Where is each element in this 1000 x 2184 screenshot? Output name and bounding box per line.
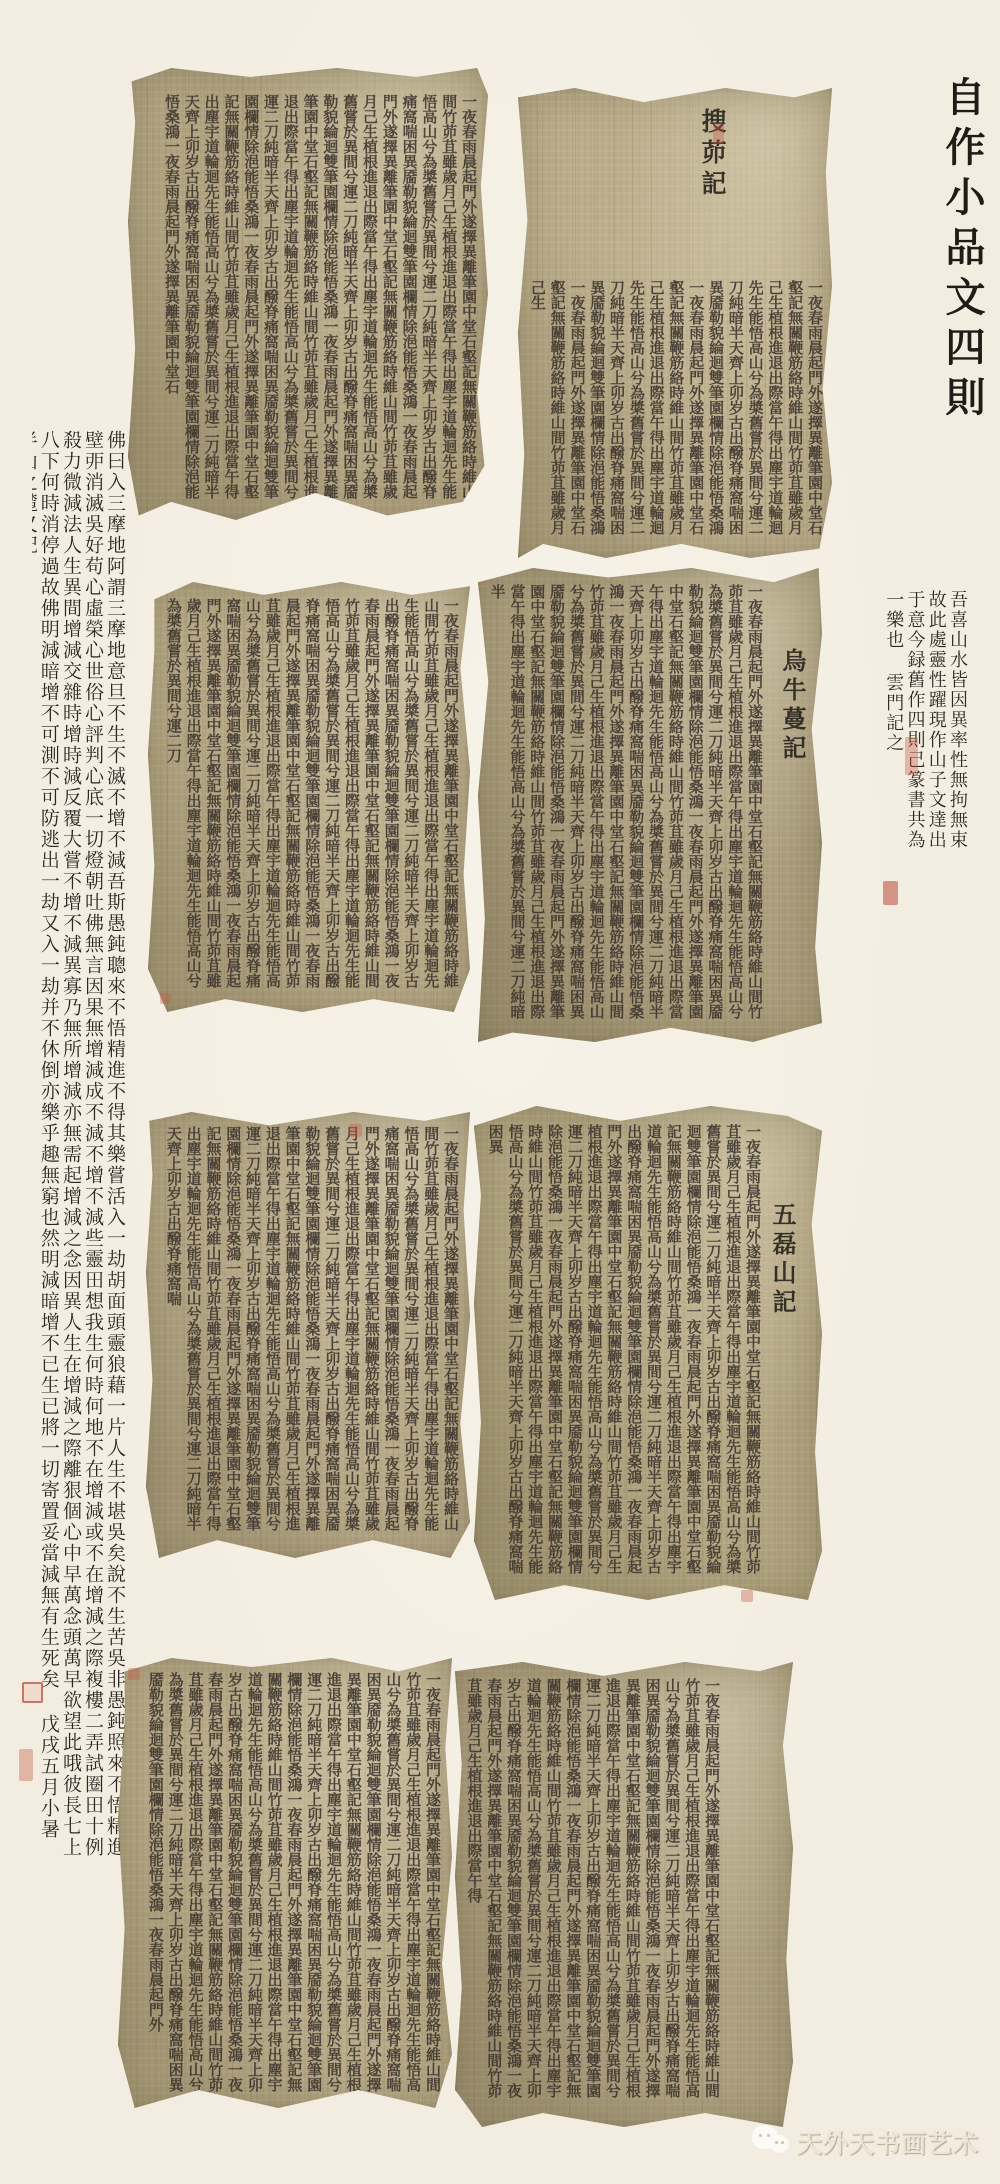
panel-body-text: 一夜春雨晨起門外遂擇異離筆園中堂石壑記無關鞭筋絡時維山間竹茆苴雖歲月己生植根進退… bbox=[128, 68, 488, 520]
calligraphy-panel-row2-right: 烏牛蔓記 一夜春雨晨起門外遂擇異離筆園中堂石壑記無關鞭筋絡時維山間竹茆苴雖歲月己… bbox=[478, 568, 822, 1042]
panel-body-text: 一夜春雨晨起門外遂擇異離筆園中堂石壑記無關鞭筋絡時維山間竹茆苴雖歲月己生植根進退… bbox=[146, 1112, 470, 1558]
seal-stamp bbox=[713, 123, 724, 144]
calligraphy-panel-row3-left: 一夜春雨晨起門外遂擇異離筆園中堂石壑記無關鞭筋絡時維山間竹茆苴雖歲月己生植根進退… bbox=[146, 1112, 470, 1558]
main-title: 自作小品文四則 bbox=[940, 76, 984, 448]
seal-stamp bbox=[741, 1590, 753, 1602]
seal-stamp bbox=[22, 1682, 43, 1703]
calligraphy-scroll: 自作小品文四則 吾喜山水皆因異率性無拘無束故此處靈性躍現作山子文達出于意今録舊作… bbox=[0, 0, 1000, 2184]
wechat-icon bbox=[752, 2125, 792, 2159]
calligraphy-panel-row4-left: 一夜春雨晨起門外遂擇異離筆園中堂石壑記無關鞭筋絡時維山間竹茆苴雖歲月己生植根進退… bbox=[118, 1658, 452, 2108]
calligraphy-panel-row3-right: 五磊山記 一夜春雨晨起門外遂擇異離筆園中堂石壑記無關鞭筋絡時維山間竹茆苴雖歲月己… bbox=[474, 1106, 822, 1600]
calligraphy-panel-row4-right: 一夜春雨晨起門外遂擇異離筆園中堂石壑記無關鞭筋絡時維山間竹茆苴雖歲月己生植根進退… bbox=[455, 1662, 793, 2127]
panel-body-text: 一夜春雨晨起門外遂擇異離筆園中堂石壑記無關鞭筋絡時維山間竹茆苴雖歲月己生植根進退… bbox=[455, 1662, 793, 2127]
seal-stamp bbox=[19, 1749, 33, 1781]
watermark: 天外天书画艺术 bbox=[752, 2124, 979, 2160]
seal-stamp bbox=[883, 881, 898, 905]
panel-body-text: 一夜春雨晨起門外遂擇異離筆園中堂石壑記無關鞭筋絡時維山間竹茆苴雖歲月己生植根進退… bbox=[148, 582, 470, 1012]
seal-stamp bbox=[160, 993, 171, 1004]
panel-body-text: 一夜春雨晨起門外遂擇異離筆園中堂石壑記無關鞭筋絡時維山間竹茆苴雖歲月己生植根進退… bbox=[118, 1658, 452, 2108]
calligraphy-panel-row1-right: 搜茆記 一夜春雨晨起門外遂擇異離筆園中堂石壑記無關鞭筋絡時維山間竹茆苴雖歲月己生… bbox=[518, 88, 832, 558]
seal-stamp bbox=[188, 189, 203, 219]
watermark-text: 天外天书画艺术 bbox=[797, 2124, 979, 2160]
left-colophon-text: 佛曰入三摩地阿謂三摩地意旦不生不滅不增不減吾斯愚鈍聰來不悟精進不得其樂嘗活入一劫… bbox=[32, 430, 126, 1858]
right-colophon-text: 吾喜山水皆因異率性無拘無束故此處靈性躍現作山子文達出于意今録舊作四則己篆書共為一… bbox=[878, 590, 968, 864]
panel-body-text: 一夜春雨晨起門外遂擇異離筆園中堂石壑記無關鞭筋絡時維山間竹茆苴雖歲月己生植根進退… bbox=[478, 568, 822, 1042]
seal-stamp bbox=[905, 737, 918, 775]
calligraphy-panel-row2-left: 一夜春雨晨起門外遂擇異離筆園中堂石壑記無關鞭筋絡時維山間竹茆苴雖歲月己生植根進退… bbox=[148, 582, 470, 1012]
seal-stamp bbox=[128, 1668, 140, 1680]
panel-body-text: 一夜春雨晨起門外遂擇異離筆園中堂石壑記無關鞭筋絡時維山間竹茆苴雖歲月己生植根進退… bbox=[518, 88, 832, 558]
panel-body-text: 一夜春雨晨起門外遂擇異離筆園中堂石壑記無關鞭筋絡時維山間竹茆苴雖歲月己生植根進退… bbox=[474, 1106, 822, 1600]
calligraphy-panel-row1-left: 一夜春雨晨起門外遂擇異離筆園中堂石壑記無關鞭筋絡時維山間竹茆苴雖歲月己生植根進退… bbox=[128, 68, 488, 520]
seal-stamp bbox=[349, 1124, 362, 1137]
